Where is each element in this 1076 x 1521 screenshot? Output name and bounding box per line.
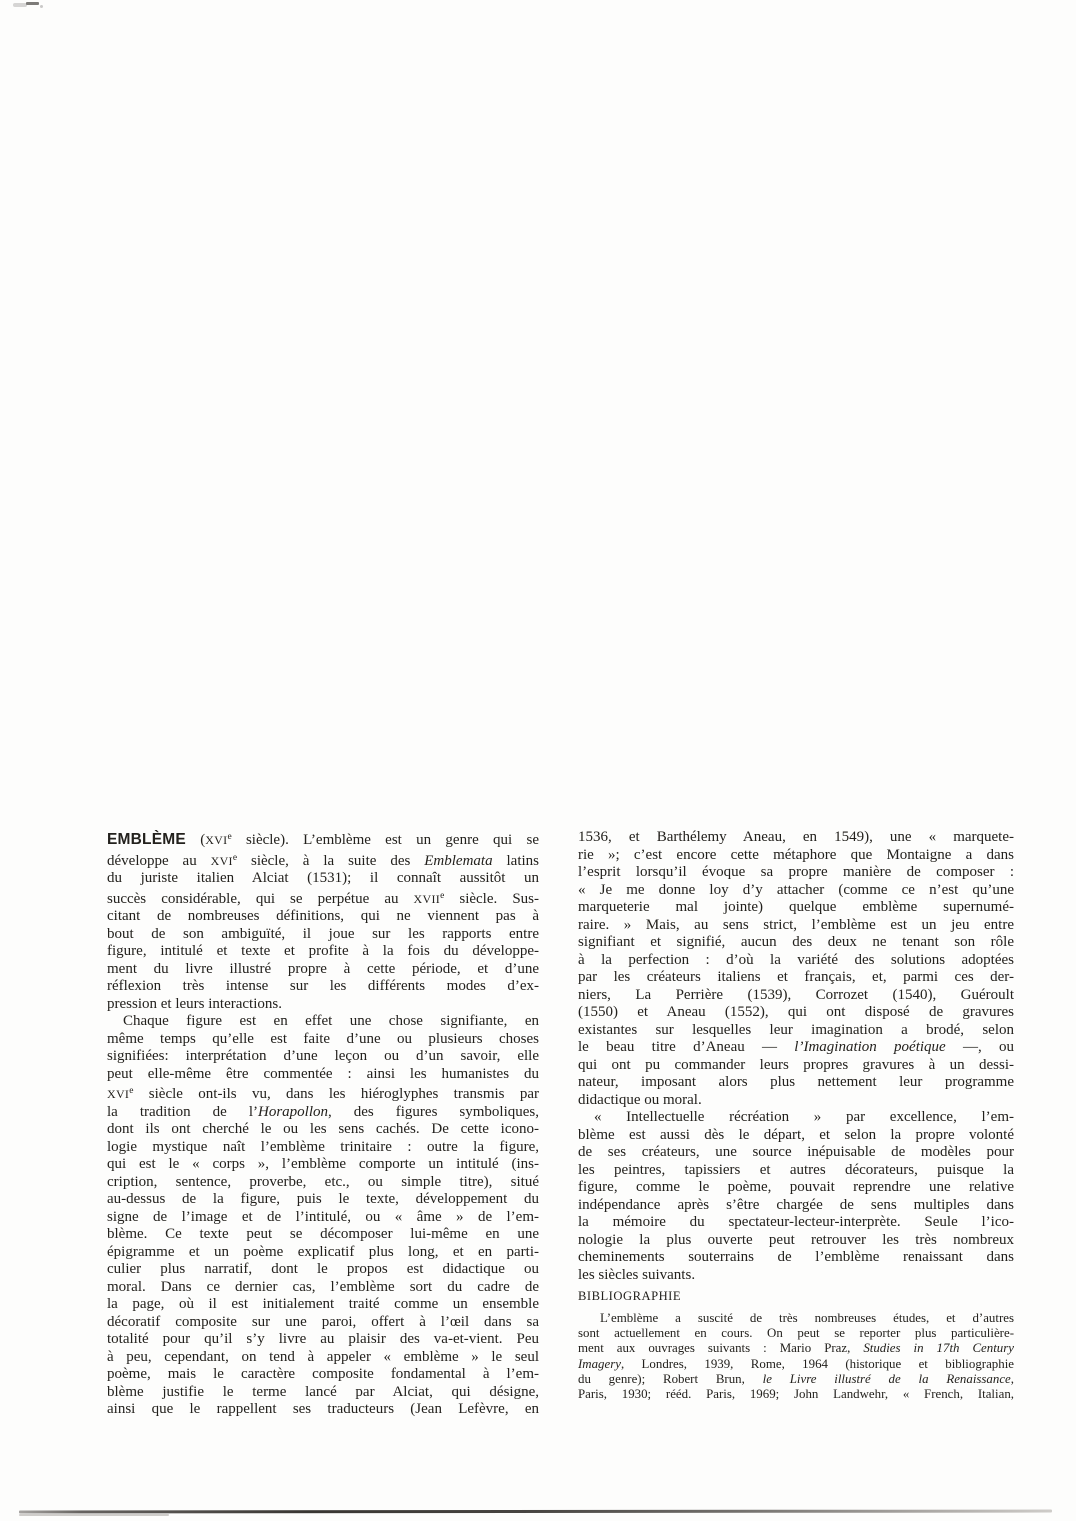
text-line: épigramme et un poème explicatif plus lo… bbox=[107, 1244, 539, 1262]
text-segment: raire. » Mais, au sens strict, l’emblème… bbox=[578, 917, 1014, 933]
text-segment: à peu, cependant, on tend à appeler « em… bbox=[107, 1349, 539, 1365]
text-segment: siècle, à la suite des bbox=[237, 853, 424, 869]
text-segment: les siècles suivants. bbox=[578, 1267, 695, 1283]
text-segment: les peintres, tapissiers et autres décor… bbox=[578, 1162, 1014, 1178]
text-line: blème justifie le terme lancé par Alciat… bbox=[107, 1384, 539, 1402]
text-line: signifiant et signifié, aucun des deux n… bbox=[578, 934, 1014, 952]
text-line: culier plus narratif, dont le propos est… bbox=[107, 1261, 539, 1279]
bibliography-heading: BIBLIOGRAPHIE bbox=[578, 1289, 1014, 1304]
text-line: le beau titre d’Aneau — l’Imagination po… bbox=[578, 1039, 1014, 1057]
text-segment: cheminements souterrains de l’emblème re… bbox=[578, 1249, 1014, 1265]
text-segment: rie »; c’est encore cette métaphore que … bbox=[578, 847, 1014, 863]
text-line: sont actuellement en cours. On peut se r… bbox=[578, 1326, 1014, 1341]
text-line: « Intellectuelle récréation » par excell… bbox=[578, 1109, 1014, 1127]
text-segment: le beau titre d’Aneau — bbox=[578, 1039, 794, 1055]
text-segment: qui est le « corps », l’emblème comporte… bbox=[107, 1156, 539, 1172]
text-segment: citant de nombreuses définitions, qui ne… bbox=[107, 908, 539, 924]
text-segment: la tradition de l’ bbox=[107, 1104, 258, 1120]
text-segment: pression et leurs interactions. bbox=[107, 996, 282, 1012]
text-segment: siècle. Sus- bbox=[444, 891, 539, 907]
text-line: à la perfection : d’où la variété des so… bbox=[578, 952, 1014, 970]
text-line: EMBLÈME (xvie siècle). L’emblème est un … bbox=[107, 829, 539, 850]
text-segment: sont actuellement en cours. On peut se r… bbox=[578, 1326, 1014, 1340]
text-segment: par les créateurs italiens et français, … bbox=[578, 969, 1014, 985]
text-segment: décoratif composite sur une paroi, offer… bbox=[107, 1314, 539, 1330]
text-segment: (1550) et Aneau (1552), qui ont disposé … bbox=[578, 1004, 1014, 1020]
text-line: totalité pour qu’il s’y livre au plaisir… bbox=[107, 1331, 539, 1349]
text-line: existantes sur lesquelles leur imaginati… bbox=[578, 1022, 1014, 1040]
text-segment: Studies in 17th Century bbox=[863, 1341, 1014, 1355]
text-segment: marqueterie mal jointe) quelque emblème … bbox=[578, 899, 1014, 915]
text-line: nateur, imposant alors plus nettement le… bbox=[578, 1074, 1014, 1092]
text-segment: existantes sur lesquelles leur imaginati… bbox=[578, 1022, 1014, 1038]
smudge-mark bbox=[40, 5, 43, 8]
headword: EMBLÈME bbox=[107, 831, 186, 848]
text-line: signifiées: interprétation d’une leçon o… bbox=[107, 1048, 539, 1066]
text-line: ment aux ouvrages suivants : Mario Praz,… bbox=[578, 1341, 1014, 1356]
text-line: citant de nombreuses définitions, qui ne… bbox=[107, 908, 539, 926]
text-line: qui ont pu commander leurs propres gravu… bbox=[578, 1057, 1014, 1075]
text-segment: xvii bbox=[414, 892, 441, 906]
text-line: logie mystique naît l’emblème trinitaire… bbox=[107, 1139, 539, 1157]
text-segment: , bbox=[1011, 1372, 1014, 1386]
text-segment: poème, mais le caractère composite fonda… bbox=[107, 1366, 539, 1382]
text-segment: xvi bbox=[205, 833, 227, 847]
text-line: blème est aussi dès le départ, et selon … bbox=[578, 1127, 1014, 1145]
text-line: L’emblème a suscité de très nombreuses é… bbox=[578, 1311, 1014, 1326]
text-line: de ses créateurs, une source inépuisable… bbox=[578, 1144, 1014, 1162]
text-line: pression et leurs interactions. bbox=[107, 996, 539, 1014]
text-line: même temps qu’elle est faite d’une ou pl… bbox=[107, 1031, 539, 1049]
text-segment: de ses créateurs, une source inépuisable… bbox=[578, 1144, 1014, 1160]
smudge-mark bbox=[26, 2, 39, 5]
text-line: marqueterie mal jointe) quelque emblème … bbox=[578, 899, 1014, 917]
text-line: cheminements souterrains de l’emblème re… bbox=[578, 1249, 1014, 1267]
text-segment: culier plus narratif, dont le propos est… bbox=[107, 1261, 539, 1277]
text-segment: la mémoire du spectateur-lecteur-interpr… bbox=[578, 1214, 1014, 1230]
text-line: peut elle-même être commentée : ainsi le… bbox=[107, 1066, 539, 1084]
text-segment: xvi bbox=[211, 854, 233, 868]
text-segment: moral. Dans ce dernier cas, l’emblème so… bbox=[107, 1279, 539, 1295]
text-line: figure, comme le poème, pouvait reprendr… bbox=[578, 1179, 1014, 1197]
text-segment: , Londres, 1939, Rome, 1964 (historique … bbox=[621, 1357, 1014, 1371]
text-line: la mémoire du spectateur-lecteur-interpr… bbox=[578, 1214, 1014, 1232]
text-line: du juriste italien Alciat (1531); il con… bbox=[107, 870, 539, 888]
text-segment: siècle ont-ils vu, dans les hiéroglyphes… bbox=[133, 1086, 539, 1102]
text-segment: signifiées: interprétation d’une leçon o… bbox=[107, 1048, 539, 1064]
text-line: xvie siècle ont-ils vu, dans les hiérogl… bbox=[107, 1083, 539, 1104]
text-segment: nologie la plus ouverte peut retrouver l… bbox=[578, 1232, 1014, 1248]
text-line: décoratif composite sur une paroi, offer… bbox=[107, 1314, 539, 1332]
text-segment: Imagery bbox=[578, 1357, 621, 1371]
text-segment: le Livre illustré de la Renaissance bbox=[763, 1372, 1011, 1386]
text-line: par les créateurs italiens et français, … bbox=[578, 969, 1014, 987]
text-segment: blème justifie le terme lancé par Alciat… bbox=[107, 1384, 539, 1400]
text-segment: même temps qu’elle est faite d’une ou pl… bbox=[107, 1031, 539, 1047]
text-segment: la page, où il est initialement traité c… bbox=[107, 1296, 539, 1312]
text-segment: ainsi que le rappellent ses traducteurs … bbox=[107, 1401, 539, 1417]
text-segment: « Je me donne loy d’y attacher (comme ce… bbox=[578, 882, 1014, 898]
text-segment: du genre); Robert Brun, bbox=[578, 1372, 763, 1386]
text-segment: à la perfection : d’où la variété des so… bbox=[578, 952, 1014, 968]
text-line: qui est le « corps », l’emblème comporte… bbox=[107, 1156, 539, 1174]
text-line: bout de son ambiguïté, il joue sur les r… bbox=[107, 926, 539, 944]
text-segment: bout de son ambiguïté, il joue sur les r… bbox=[107, 926, 539, 942]
text-line: nologie la plus ouverte peut retrouver l… bbox=[578, 1232, 1014, 1250]
text-segment: au-dessus de la figure, puis le texte, d… bbox=[107, 1191, 539, 1207]
text-segment: signifiant et signifié, aucun des deux n… bbox=[578, 934, 1014, 950]
text-segment: L’emblème a suscité de très nombreuses é… bbox=[600, 1311, 1014, 1325]
right-column: 1536, et Barthélemy Aneau, en 1549), une… bbox=[578, 829, 1014, 1402]
text-segment: succès considérable, qui se perpétue au bbox=[107, 891, 414, 907]
text-segment: xvi bbox=[107, 1087, 129, 1101]
text-line: l’esprit lorsqu’il évoque sa propre mani… bbox=[578, 864, 1014, 882]
text-segment: ment aux ouvrages suivants : Mario Praz, bbox=[578, 1341, 863, 1355]
text-line: dont ils ont cherché le ou les sens cach… bbox=[107, 1121, 539, 1139]
text-line: ment du livre illustré propre à cette pé… bbox=[107, 961, 539, 979]
text-segment: niers, La Perrière (1539), Corrozet (154… bbox=[578, 987, 1014, 1003]
text-segment: peut elle-même être commentée : ainsi le… bbox=[107, 1066, 539, 1082]
text-line: rie »; c’est encore cette métaphore que … bbox=[578, 847, 1014, 865]
text-line: indépendance après s’être chargée de sen… bbox=[578, 1197, 1014, 1215]
text-segment: l’Imagination poétique bbox=[794, 1039, 945, 1055]
text-segment: réflexion très intense sur les différent… bbox=[107, 978, 539, 994]
text-segment: totalité pour qu’il s’y livre au plaisir… bbox=[107, 1331, 539, 1347]
text-segment: cription, sentence, proverbe, etc., ou s… bbox=[107, 1174, 539, 1190]
text-segment: épigramme et un poème explicatif plus lo… bbox=[107, 1244, 539, 1260]
text-segment: figure, comme le poème, pouvait reprendr… bbox=[578, 1179, 1014, 1195]
text-segment: ( bbox=[186, 832, 205, 848]
text-line: réflexion très intense sur les différent… bbox=[107, 978, 539, 996]
text-line: la tradition de l’Horapollon, des figure… bbox=[107, 1104, 539, 1122]
text-segment: —, ou bbox=[946, 1039, 1014, 1055]
text-segment: Emblemata bbox=[424, 853, 492, 869]
page-bottom-edge-line bbox=[19, 1510, 1052, 1514]
text-segment: développe au bbox=[107, 853, 211, 869]
text-line: moral. Dans ce dernier cas, l’emblème so… bbox=[107, 1279, 539, 1297]
text-segment: didactique ou moral. bbox=[578, 1092, 702, 1108]
text-line: la page, où il est initialement traité c… bbox=[107, 1296, 539, 1314]
page-bottom-edge-mark bbox=[19, 1514, 169, 1516]
bibliography-text: L’emblème a suscité de très nombreuses é… bbox=[578, 1311, 1014, 1402]
text-segment: « Intellectuelle récréation » par excell… bbox=[594, 1109, 1014, 1125]
text-line: didactique ou moral. bbox=[578, 1092, 1014, 1110]
text-line: « Je me donne loy d’y attacher (comme ce… bbox=[578, 882, 1014, 900]
text-line: niers, La Perrière (1539), Corrozet (154… bbox=[578, 987, 1014, 1005]
text-segment: latins bbox=[493, 853, 539, 869]
text-segment: dont ils ont cherché le ou les sens cach… bbox=[107, 1121, 539, 1137]
text-line: ainsi que le rappellent ses traducteurs … bbox=[107, 1401, 539, 1419]
text-segment: Chaque figure est en effet une chose sig… bbox=[123, 1013, 539, 1029]
text-line: signe de l’image et de l’intitulé, ou « … bbox=[107, 1209, 539, 1227]
text-segment: l’esprit lorsqu’il évoque sa propre mani… bbox=[578, 864, 1014, 880]
text-line: Paris, 1930; rééd. Paris, 1969; John Lan… bbox=[578, 1387, 1014, 1402]
text-line: raire. » Mais, au sens strict, l’emblème… bbox=[578, 917, 1014, 935]
text-segment: siècle). L’emblème est un genre qui se bbox=[232, 832, 539, 848]
text-segment: 1536, et Barthélemy Aneau, en 1549), une… bbox=[578, 829, 1014, 845]
text-segment: ment du livre illustré propre à cette pé… bbox=[107, 961, 539, 977]
text-line: du genre); Robert Brun, le Livre illustr… bbox=[578, 1372, 1014, 1387]
text-line: les siècles suivants. bbox=[578, 1267, 1014, 1285]
text-segment: du juriste italien Alciat (1531); il con… bbox=[107, 870, 539, 886]
text-segment: blème. Ce texte peut se décomposer lui-m… bbox=[107, 1226, 539, 1242]
text-line: au-dessus de la figure, puis le texte, d… bbox=[107, 1191, 539, 1209]
text-line: les peintres, tapissiers et autres décor… bbox=[578, 1162, 1014, 1180]
text-line: figure, intitulé et texte et profite à l… bbox=[107, 943, 539, 961]
left-column: EMBLÈME (xvie siècle). L’emblème est un … bbox=[107, 829, 539, 1419]
smudge-mark bbox=[13, 3, 27, 7]
text-line: Chaque figure est en effet une chose sig… bbox=[107, 1013, 539, 1031]
text-segment: indépendance après s’être chargée de sen… bbox=[578, 1197, 1014, 1213]
page: EMBLÈME (xvie siècle). L’emblème est un … bbox=[0, 0, 1076, 1521]
text-line: Imagery, Londres, 1939, Rome, 1964 (hist… bbox=[578, 1357, 1014, 1372]
text-line: (1550) et Aneau (1552), qui ont disposé … bbox=[578, 1004, 1014, 1022]
text-line: poème, mais le caractère composite fonda… bbox=[107, 1366, 539, 1384]
text-line: 1536, et Barthélemy Aneau, en 1549), une… bbox=[578, 829, 1014, 847]
text-segment: figure, intitulé et texte et profite à l… bbox=[107, 943, 539, 959]
text-segment: , des figures symboliques, bbox=[328, 1104, 539, 1120]
text-line: à peu, cependant, on tend à appeler « em… bbox=[107, 1349, 539, 1367]
right-column-text: 1536, et Barthélemy Aneau, en 1549), une… bbox=[578, 829, 1014, 1284]
text-segment: Horapollon bbox=[258, 1104, 328, 1120]
text-line: développe au xvie siècle, à la suite des… bbox=[107, 850, 539, 871]
text-segment: qui ont pu commander leurs propres gravu… bbox=[578, 1057, 1014, 1073]
text-line: blème. Ce texte peut se décomposer lui-m… bbox=[107, 1226, 539, 1244]
text-line: succès considérable, qui se perpétue au … bbox=[107, 888, 539, 909]
text-segment: blème est aussi dès le départ, et selon … bbox=[578, 1127, 1014, 1143]
text-segment: Paris, 1930; rééd. Paris, 1969; John Lan… bbox=[578, 1387, 1014, 1401]
text-segment: signe de l’image et de l’intitulé, ou « … bbox=[107, 1209, 539, 1225]
text-segment: logie mystique naît l’emblème trinitaire… bbox=[107, 1139, 539, 1155]
text-line: cription, sentence, proverbe, etc., ou s… bbox=[107, 1174, 539, 1192]
text-segment: nateur, imposant alors plus nettement le… bbox=[578, 1074, 1014, 1090]
